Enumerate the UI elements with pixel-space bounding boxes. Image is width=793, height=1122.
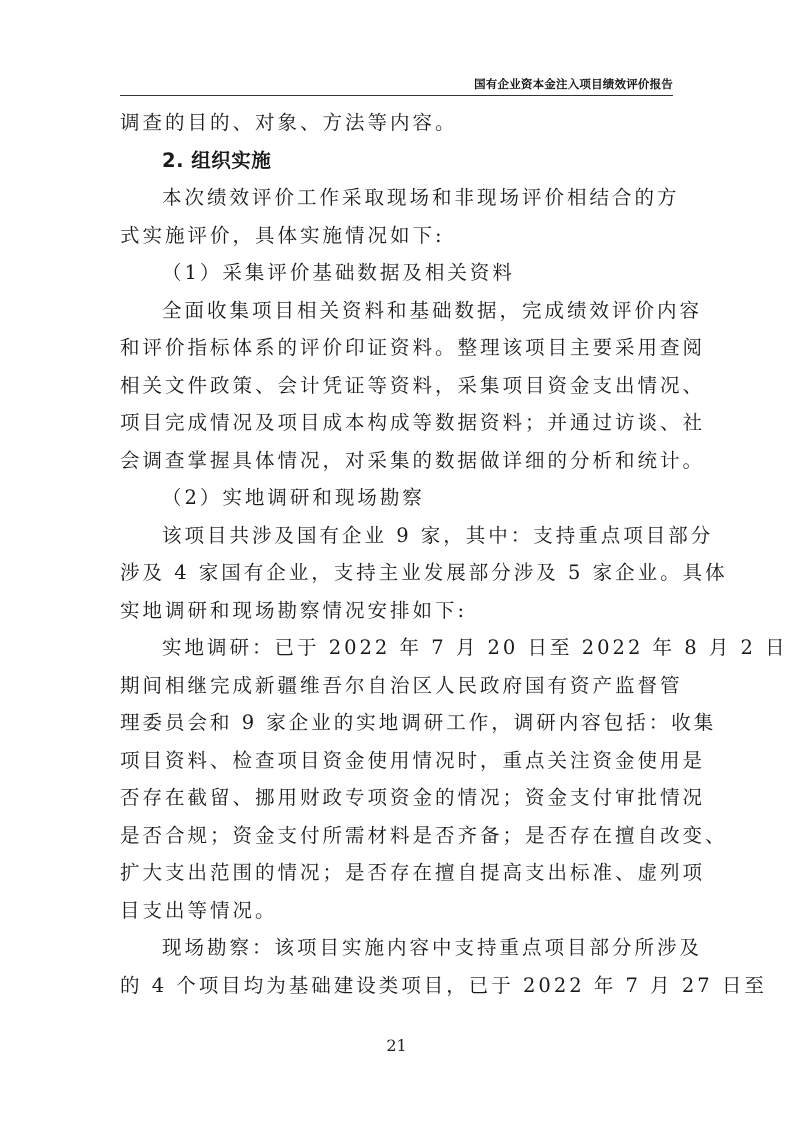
paragraph-line: 扩大支出范围的情况；是否存在擅自提高支出标准、虚列项 — [120, 854, 676, 892]
paragraph-line: 实地调研：已于 2022 年 7 月 20 日至 2022 年 8 月 2 日 — [120, 629, 676, 667]
paragraph-line: 是否合规；资金支付所需材料是否齐备；是否存在擅自改变、 — [120, 817, 676, 855]
paragraph-line: 涉及 4 家国有企业，支持主业发展部分涉及 5 家企业。具体 — [120, 554, 676, 592]
paragraph-line: 项目完成情况及项目成本构成等数据资料；并通过访谈、社 — [120, 404, 676, 442]
paragraph-line: 该项目共涉及国有企业 9 家，其中：支持重点项目部分 — [120, 517, 676, 555]
paragraph-line: 和评价指标体系的评价印证资料。整理该项目主要采用查阅 — [120, 329, 676, 367]
paragraph-line: 调查的目的、对象、方法等内容。 — [120, 104, 676, 142]
paragraph-line: 相关文件政策、会计凭证等资料，采集项目资金支出情况、 — [120, 367, 676, 405]
paragraph-line: 会调查掌握具体情况，对采集的数据做详细的分析和统计。 — [120, 442, 676, 480]
paragraph-line: 期间相继完成新疆维吾尔自治区人民政府国有资产监督管 — [120, 667, 676, 705]
paragraph-line: 实地调研和现场勘察情况安排如下: — [120, 592, 676, 630]
paragraph-line: 式实施评价，具体实施情况如下: — [120, 217, 676, 255]
report-title: 国有企业资本金注入项目绩效评价报告 — [474, 76, 673, 92]
subsection-heading: （2）实地调研和现场勘察 — [120, 479, 676, 517]
running-header: 国有企业资本金注入项目绩效评价报告 — [120, 72, 673, 96]
paragraph-line: 的 4 个项目均为基础建设类项目，已于 2022 年 7 月 27 日至 — [120, 967, 676, 1005]
section-heading: 2. 组织实施 — [120, 142, 676, 180]
page-number: 21 — [0, 1036, 793, 1055]
paragraph-line: 全面收集项目相关资料和基础数据，完成绩效评价内容 — [120, 292, 676, 330]
paragraph-line: 现场勘察：该项目实施内容中支持重点项目部分所涉及 — [120, 929, 676, 967]
paragraph-line: 项目资料、检查项目资金使用情况时，重点关注资金使用是 — [120, 742, 676, 780]
paragraph-line: 目支出等情况。 — [120, 892, 676, 930]
paragraph-line: 理委员会和 9 家企业的实地调研工作，调研内容包括：收集 — [120, 704, 676, 742]
paragraph-line: 否存在截留、挪用财政专项资金的情况；资金支付审批情况 — [120, 779, 676, 817]
body-text: 调查的目的、对象、方法等内容。2. 组织实施本次绩效评价工作采取现场和非现场评价… — [120, 104, 676, 1004]
paragraph-line: 本次绩效评价工作采取现场和非现场评价相结合的方 — [120, 179, 676, 217]
subsection-heading: （1）采集评价基础数据及相关资料 — [120, 254, 676, 292]
